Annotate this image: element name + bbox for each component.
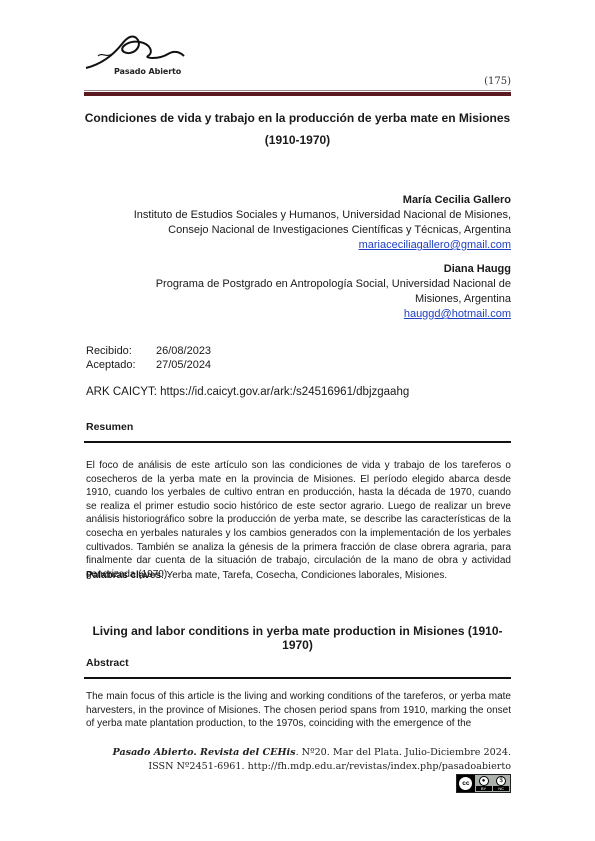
logo-swirl-icon: [84, 34, 194, 70]
received-label: Recibido:: [86, 344, 156, 358]
accepted-label: Aceptado:: [86, 358, 156, 372]
journal-footer: Pasado Abierto. Revista del CEHis. Nº20.…: [113, 746, 512, 774]
author-name: María Cecilia Gallero: [91, 193, 511, 208]
keywords: Palabras claves: Yerba mate, Tarefa, Cos…: [86, 570, 447, 581]
received-date: 26/08/2023: [156, 344, 211, 358]
author-name: Diana Haugg: [91, 262, 511, 277]
submission-dates: Recibido: 26/08/2023 Aceptado: 27/05/202…: [86, 344, 211, 372]
author-email-link[interactable]: hauggd@hotmail.com: [404, 308, 511, 320]
header-rule: [84, 92, 511, 96]
cc-license-badge[interactable]: cc ● BY $ NC: [456, 774, 511, 793]
author-affiliation: Instituto de Estudios Sociales y Humanos…: [91, 208, 511, 223]
non-commercial-icon: $ NC: [492, 776, 510, 791]
journal-issn-url: ISSN Nº2451-6961. http://fh.mdp.edu.ar/r…: [113, 760, 512, 774]
journal-issue: . Nº20. Mar del Plata. Julio-Diciembre 2…: [296, 747, 511, 758]
abstract-text: The main focus of this article is the li…: [86, 690, 511, 731]
accepted-date: 27/05/2024: [156, 358, 211, 372]
cc-icon: cc: [457, 775, 475, 792]
author-email-link[interactable]: mariaceciliagallero@gmail.com: [359, 239, 511, 251]
journal-name: Pasado Abierto. Revista del CEHis: [113, 747, 296, 758]
article-title-en: Living and labor conditions in yerba mat…: [84, 624, 511, 652]
abstract-heading: Abstract: [86, 657, 129, 669]
abstract-rule: [84, 677, 511, 679]
author-affiliation: Programa de Postgrado en Antropología So…: [91, 277, 511, 292]
resumen-rule: [84, 441, 511, 443]
ark-identifier: ARK CAICYT: https://id.caicyt.gov.ar/ark…: [86, 386, 409, 398]
logo-text: Pasado Abierto: [114, 67, 181, 76]
author-affiliation: Consejo Nacional de Investigaciones Cien…: [91, 223, 511, 238]
journal-logo: Pasado Abierto: [84, 34, 194, 82]
header-rule-thin: [84, 90, 511, 91]
keywords-list: : Yerba mate, Tarefa, Cosecha, Condicion…: [161, 570, 447, 581]
resumen-heading: Resumen: [86, 421, 133, 433]
resumen-text: El foco de análisis de este artículo son…: [86, 459, 511, 581]
article-title-es: Condiciones de vida y trabajo en la prod…: [84, 107, 511, 151]
by-attribution-icon: ● BY: [475, 776, 493, 791]
page-number: (175): [484, 76, 511, 87]
keywords-label: Palabras claves: [86, 570, 161, 581]
author-block: Diana Haugg Programa de Postgrado en Ant…: [91, 262, 511, 322]
author-affiliation: Misiones, Argentina: [91, 292, 511, 307]
author-block: María Cecilia Gallero Instituto de Estud…: [91, 193, 511, 253]
